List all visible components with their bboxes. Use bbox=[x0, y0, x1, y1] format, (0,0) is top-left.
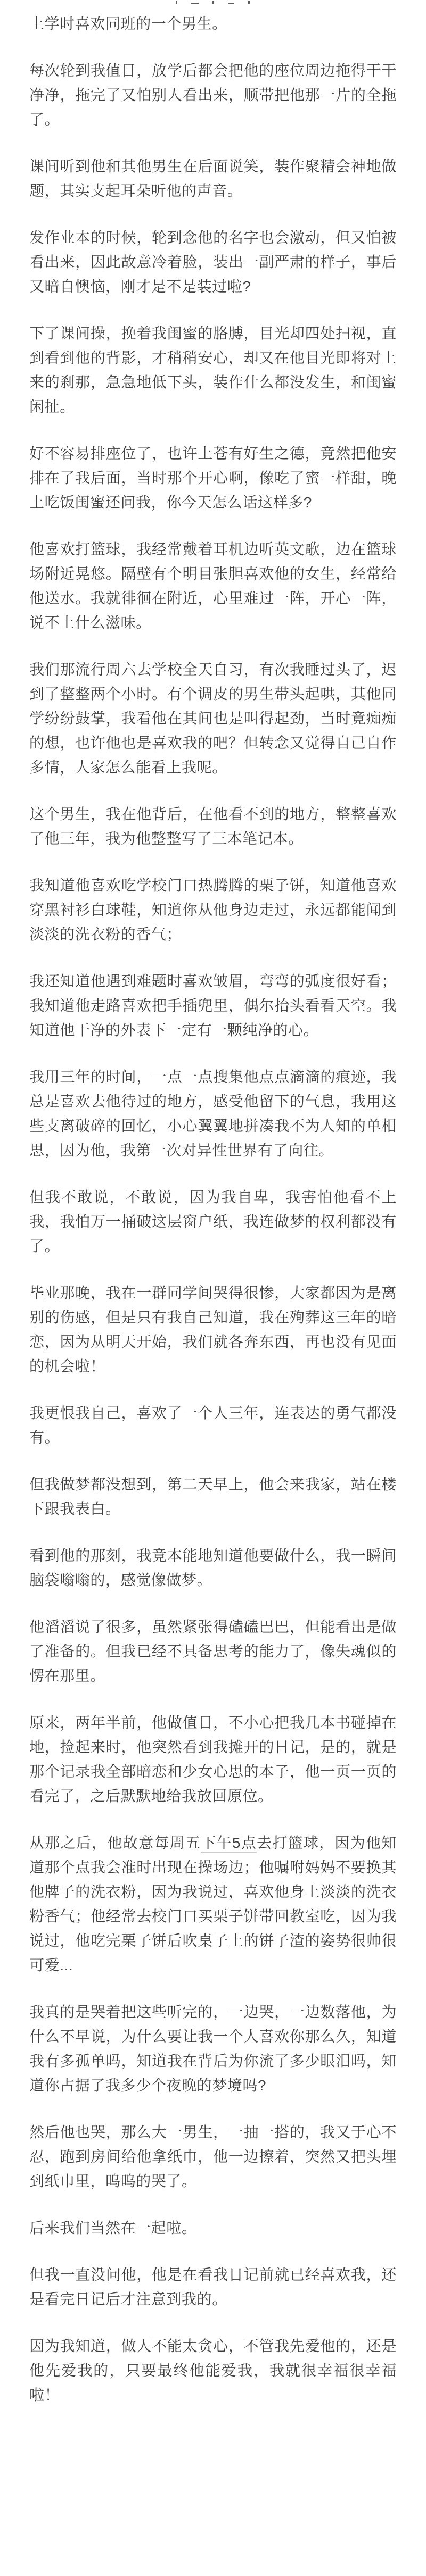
paragraph-text: 课间听到他和其他男生在后面说笑，装作聚精会神地做题，其实支起耳朵听他的声音。 bbox=[29, 158, 397, 199]
time-link-text[interactable]: 下午5点 bbox=[201, 1835, 257, 1853]
paragraph: 课间听到他和其他男生在后面说笑，装作聚精会神地做题，其实支起耳朵听他的声音。 bbox=[29, 154, 397, 203]
paragraph-text: 然后他也哭，那么大一男生，一抽一搭的，我又于心不忍，跑到房间给他拿纸巾，他一边擦… bbox=[29, 2124, 397, 2189]
paragraph: 他滔滔说了很多，虽然紧张得磕磕巴巴，但能看出是做了准备的。但我已经不具备思考的能… bbox=[29, 1615, 397, 1688]
paragraph: 我真的是哭着把这些听完的，一边哭，一边数落他，为什么不早说，为什么要让我一个人喜… bbox=[29, 2000, 397, 2098]
paragraph: 每次轮到我值日，放学后都会把他的座位周边拖得干干净净，拖完了又怕别人看出来，顺带… bbox=[29, 59, 397, 132]
paragraph: 我们那流行周六去学校全天自习，有次我睡过头了，迟到了整整两个小时。有个调皮的男生… bbox=[29, 657, 397, 780]
paragraph-text: 去打篮球，因为他知道那个点我会准时出现在操场边；他嘱咐妈妈不要换其他牌子的洗衣粉… bbox=[29, 1835, 397, 1973]
paragraph-text: 这个男生，我在他背后，在他看不到的地方，整整喜欢了他三年，我为他整整写了三本笔记… bbox=[29, 806, 397, 847]
paragraph: 然后他也哭，那么大一男生，一抽一搭的，我又于心不忍，跑到房间给他拿纸巾，他一边擦… bbox=[29, 2120, 397, 2194]
paragraph: 他喜欢打篮球，我经常戴着耳机边听英文歌，边在篮球场附近晃悠。隔壁有个明目张胆喜欢… bbox=[29, 537, 397, 635]
paragraph: 原来，两年半前，他做值日，不小心把我几本书碰掉在地，捡起来时，他突然看到我摊开的… bbox=[29, 1711, 397, 1808]
paragraph-text: 但我做梦都没想到，第二天早上，他会来我家，站在楼下跟我表白。 bbox=[29, 1476, 397, 1517]
paragraph-text: 原来，两年半前，他做值日，不小心把我几本书碰掉在地，捡起来时，他突然看到我摊开的… bbox=[29, 1714, 397, 1804]
paragraph-text: 从那之后，他故意每周五 bbox=[29, 1835, 201, 1851]
paragraph-text: 我们那流行周六去学校全天自习，有次我睡过头了，迟到了整整两个小时。有个调皮的男生… bbox=[29, 661, 397, 776]
paragraph: 好不容易排座位了，也许上苍有好生之德，竟然把他安排在了我后面，当时那个开心啊，像… bbox=[29, 441, 397, 515]
paragraph-text: 他喜欢打篮球，我经常戴着耳机边听英文歌，边在篮球场附近晃悠。隔壁有个明目张胆喜欢… bbox=[29, 541, 397, 631]
paragraph-text: 发作业本的时候，轮到念他的名字也会激动，但又怕被看出来，因此故意冷着脸，装出一副… bbox=[29, 229, 397, 295]
paragraph: 但我做梦都没想到，第二天早上，他会来我家，站在楼下跟我表白。 bbox=[29, 1472, 397, 1521]
paragraph: 我更恨我自己，喜欢了一个人三年，连表达的勇气都没有。 bbox=[29, 1401, 397, 1450]
paragraph-text: 上学时喜欢同班的一个男生。 bbox=[29, 15, 227, 32]
paragraph: 我用三年的时间，一点一点搜集他点点滴滴的痕迹，我总是喜欢去他待过的地方，感受他留… bbox=[29, 1065, 397, 1163]
paragraph-text: 但我一直没问他，他是在看我日记前就已经喜欢我，还是看完日记后才注意到我的。 bbox=[29, 2266, 397, 2307]
paragraph: 发作业本的时候，轮到念他的名字也会激动，但又怕被看出来，因此故意冷着脸，装出一副… bbox=[29, 226, 397, 299]
paragraph-text: 后来我们当然在一起啦。 bbox=[29, 2220, 197, 2236]
paragraph-text: 我真的是哭着把这些听完的，一边哭，一边数落他，为什么不早说，为什么要让我一个人喜… bbox=[29, 2004, 397, 2094]
paragraph: 下了课间操，挽着我闺蜜的胳膊，目光却四处扫视，直到看到他的背影，才稍稍安心，却又… bbox=[29, 321, 397, 419]
paragraph: 因为我知道，做人不能太贪心，不管我先爱他的，还是他先爱我的，只要最终他能爱我，我… bbox=[29, 2334, 397, 2407]
article-page: 上学时喜欢同班的一个男生。每次轮到我值日，放学后都会把他的座位周边拖得干干净净，… bbox=[0, 0, 426, 2439]
paragraph-text: 下了课间操，挽着我闺蜜的胳膊，目光却四处扫视，直到看到他的背影，才稍稍安心，却又… bbox=[29, 325, 397, 415]
paragraph: 后来我们当然在一起啦。 bbox=[29, 2216, 397, 2240]
paragraph-text: 我更恨我自己，喜欢了一个人三年，连表达的勇气都没有。 bbox=[29, 1405, 397, 1446]
paragraph: 但我一直没问他，他是在看我日记前就已经喜欢我，还是看完日记后才注意到我的。 bbox=[29, 2263, 397, 2312]
paragraph-text: 好不容易排座位了，也许上苍有好生之德，竟然把他安排在了我后面，当时那个开心啊，像… bbox=[29, 445, 397, 511]
paragraph: 我还知道他遇到难题时喜欢皱眉，弯弯的弧度很好看；我知道他走路喜欢把手插兜里，偶尔… bbox=[29, 969, 397, 1043]
paragraph: 我知道他喜欢吃学校门口热腾腾的栗子饼，知道他喜欢穿黑衬衫白球鞋，知道你从他身边走… bbox=[29, 873, 397, 947]
paragraph-text: 每次轮到我值日，放学后都会把他的座位周边拖得干干净净，拖完了又怕别人看出来，顺带… bbox=[29, 62, 397, 128]
paragraph-text: 但我不敢说，不敢说，因为我自卑，我害怕他看不上我，我怕万一捅破这层窗户纸，我连做… bbox=[29, 1189, 397, 1254]
paragraph-text: 毕业那晚，我在一群同学间哭得很惨，大家都因为是离别的伤感，但是只有我自己知道，我… bbox=[29, 1285, 397, 1374]
paragraph-text: 他滔滔说了很多，虽然紧张得磕磕巴巴，但能看出是做了准备的。但我已经不具备思考的能… bbox=[29, 1619, 397, 1684]
paragraph: 但我不敢说，不敢说，因为我自卑，我害怕他看不上我，我怕万一捅破这层窗户纸，我连做… bbox=[29, 1185, 397, 1258]
clipped-text-fragment bbox=[176, 0, 256, 4]
paragraph: 从那之后，他故意每周五下午5点去打篮球，因为他知道那个点我会准时出现在操场边；他… bbox=[29, 1831, 397, 1978]
paragraph-text: 我知道他喜欢吃学校门口热腾腾的栗子饼，知道他喜欢穿黑衬衫白球鞋，知道你从他身边走… bbox=[29, 877, 397, 943]
article-body: 上学时喜欢同班的一个男生。每次轮到我值日，放学后都会把他的座位周边拖得干干净净，… bbox=[29, 12, 397, 2407]
paragraph-text: 看到他的那刻，我竟本能地知道他要做什么，我一瞬间脑袋嗡嗡的，感觉像做梦。 bbox=[29, 1547, 397, 1588]
paragraph-text: 因为我知道，做人不能太贪心，不管我先爱他的，还是他先爱我的，只要最终他能爱我，我… bbox=[29, 2338, 397, 2403]
paragraph: 上学时喜欢同班的一个男生。 bbox=[29, 12, 397, 36]
paragraph-text: 我用三年的时间，一点一点搜集他点点滴滴的痕迹，我总是喜欢去他待过的地方，感受他留… bbox=[29, 1069, 397, 1158]
paragraph: 看到他的那刻，我竟本能地知道他要做什么，我一瞬间脑袋嗡嗡的，感觉像做梦。 bbox=[29, 1544, 397, 1593]
paragraph: 毕业那晚，我在一群同学间哭得很惨，大家都因为是离别的伤感，但是只有我自己知道，我… bbox=[29, 1281, 397, 1379]
paragraph: 这个男生，我在他背后，在他看不到的地方，整整喜欢了他三年，我为他整整写了三本笔记… bbox=[29, 802, 397, 851]
paragraph-text: 我还知道他遇到难题时喜欢皱眉，弯弯的弧度很好看；我知道他走路喜欢把手插兜里，偶尔… bbox=[29, 973, 397, 1038]
